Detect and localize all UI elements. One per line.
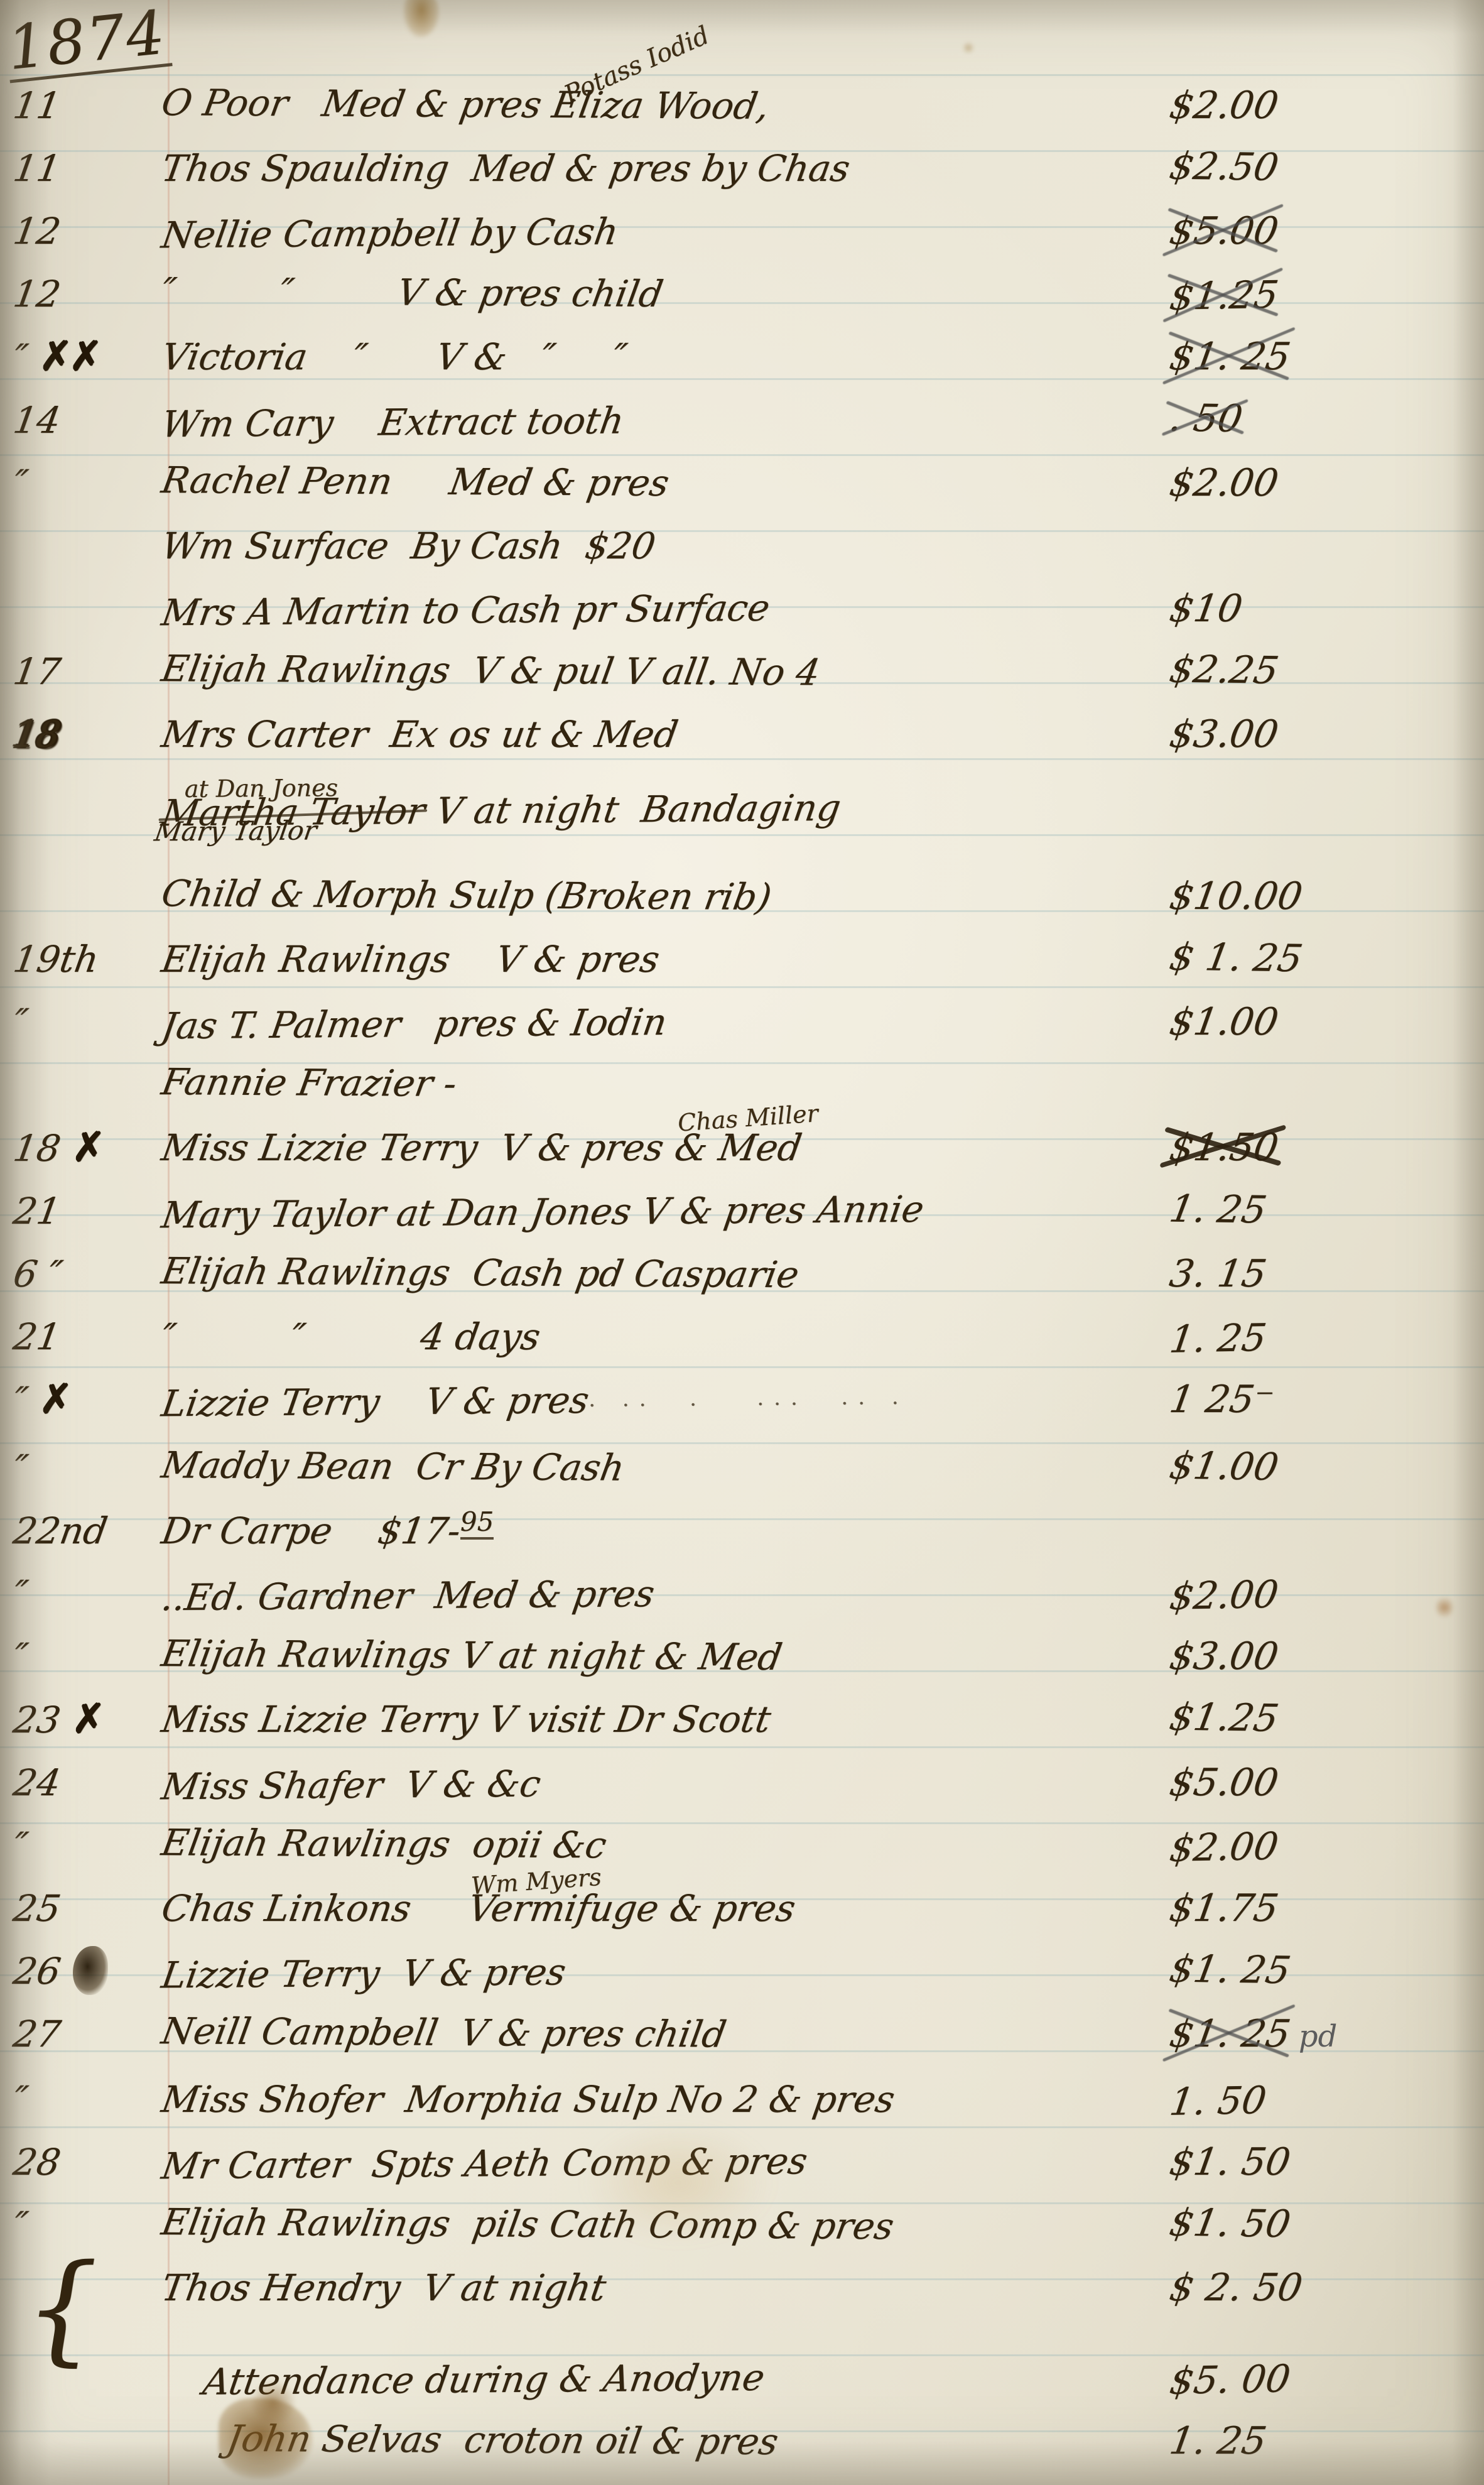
entry-text: Miss Lizzie Terry V & pres: [157, 1116, 680, 1179]
entry-text: Elijah Rawlings V & pul V all. No 4: [157, 637, 825, 704]
entry-date: 14: [0, 389, 162, 452]
entry-date: ″: [0, 1814, 162, 1877]
entry-text: ″ ″ V & pres child: [157, 259, 668, 325]
entry-amount: $1.00: [1169, 1435, 1484, 1502]
ledger-row: 28 Mr Carter Spts Aeth Comp & pres $1. 5…: [0, 2131, 1484, 2194]
entry-date: ″: [0, 1625, 162, 1688]
entry-date: ″ ✗✗: [0, 325, 162, 389]
entry-text: Elijah Rawlings V at night & Med: [157, 1622, 787, 1688]
date-text: 23: [9, 1688, 65, 1751]
entry-amount: 1. 25: [1170, 2410, 1484, 2472]
entry-amount: 1. 25: [1169, 1178, 1484, 1245]
ledger-row: 6 ″ Elijah Rawlings Cash pd Casparie 3. …: [0, 1242, 1484, 1305]
ledger-row: ″ Elijah Rawlings pils Cath Comp & pres …: [0, 2194, 1484, 2256]
entry-text: Elijah Rawlings Cash pd Casparie: [157, 1239, 804, 1306]
entry-amount: $1. 25: [1169, 1938, 1484, 2005]
entry-date: 21: [0, 1180, 162, 1242]
date-text: 21: [9, 1305, 65, 1368]
ink-stain: [403, 0, 440, 38]
ledger-row: 17 Elijah Rawlings V & pul V all. No 4 $…: [0, 640, 1484, 703]
entry-text: Elijah Rawlings V & pres: [157, 928, 664, 991]
entry-amount: [1170, 1499, 1484, 1562]
entry-text: Elijah Rawlings pils Cath Comp & pres: [157, 2190, 899, 2258]
entry-text: Wm Cary Extract tooth: [157, 389, 628, 455]
ledger-row: Attendance during & Anodyne $5. 00: [0, 2347, 1484, 2410]
entry-amount: [1169, 1050, 1484, 1119]
ledger-row: 19th Elijah Rawlings V & pres $ 1. 25: [0, 928, 1484, 991]
ledger-row: 23 ✗ Miss Lizzie Terry V visit Dr Scott …: [0, 1688, 1484, 1751]
entry-text-2: Vermifuge & pres: [463, 1877, 800, 1940]
entry-amount: $2.25: [1169, 638, 1484, 705]
entry-segment: Potass IodidEliza Wood,: [553, 73, 769, 138]
entry-text: V at night Bandaging: [421, 781, 845, 838]
date-text: ″: [9, 1562, 33, 1625]
entry-description: ″ ″ 4 days: [162, 1305, 1170, 1368]
date-text: 17: [9, 640, 65, 703]
entry-description: Miss Lizzie Terry V & pres Chas Miller& …: [162, 1116, 1170, 1179]
entry-amount: $1.00: [1170, 991, 1484, 1053]
amount-text: $ 1. 25: [1164, 926, 1307, 991]
entry-date: 26: [0, 1940, 162, 2003]
amount-text: $3.00: [1165, 703, 1283, 766]
ledger-row: ″ Miss Shofer Morphia Sulp No 2 & pres 1…: [0, 2068, 1484, 2131]
entry-text-2: & Med: [670, 1116, 806, 1179]
entry-description: John Selvas croton oil & pres: [162, 2406, 1171, 2476]
entry-amount: $10: [1170, 577, 1484, 640]
entry-date: 21: [0, 1305, 162, 1368]
entry-date: [0, 577, 162, 640]
cross-mark-icon: ✗: [39, 1376, 69, 1423]
entry-text: Mrs A Martin to Cash pr Surface: [157, 577, 774, 644]
entry-description: Wm Surface By Cash $20: [162, 514, 1170, 577]
entry-date: 12: [0, 200, 162, 263]
entry-text: Victoria ″ V & ″ ″: [157, 325, 632, 388]
entry-description: Elijah Rawlings V & pres: [162, 928, 1170, 991]
date-text: 12: [9, 200, 65, 263]
entry-description: Elijah Rawlings Cash pd Casparie: [162, 1239, 1171, 1308]
entry-description: Thos Spaulding Med & pres by Chas: [162, 137, 1170, 200]
entry-amount: $ 1. 25: [1169, 926, 1484, 993]
entry-description: ..Ed. Gardner Med & pres: [162, 1558, 1171, 1629]
entry-text: Mr Carter Spts Aeth Comp & pres: [157, 2129, 811, 2197]
entry-amount: [1169, 511, 1484, 580]
amount-text: $2.25: [1164, 638, 1283, 702]
date-text: 12: [9, 263, 65, 325]
date-text: ″: [9, 1369, 33, 1432]
entry-date: 17: [0, 640, 162, 703]
date-text: ″: [9, 1814, 33, 1877]
entry-description: Wm Cary Extract tooth: [162, 385, 1171, 456]
entry-description: Nellie Campbell by Cash: [162, 196, 1171, 267]
date-text: 22nd: [9, 1499, 112, 1562]
entry-amount: $5.00: [1170, 200, 1484, 263]
entry-description: Lizzie Terry V & pres: [162, 1936, 1171, 2007]
entry-amount: $3.00: [1170, 703, 1484, 766]
entry-text: ..Ed. Gardner Med & pres: [157, 1562, 659, 1629]
ledger-row: ″ ..Ed. Gardner Med & pres $2.00: [0, 1562, 1484, 1625]
entry-date: 23 ✗: [0, 1688, 162, 1751]
entry-date: 22nd: [0, 1499, 162, 1562]
entry-text: Mary Taylor at Dan Jones V & pres Annie: [157, 1178, 928, 1247]
entry-text: Nellie Campbell by Cash: [157, 200, 622, 267]
ledger-row: at Dan JonesMartha TaylorMary Taylor V a…: [0, 766, 1484, 865]
amount-text: $2.00: [1165, 74, 1283, 137]
date-text: 18: [9, 703, 65, 766]
entry-amount: $3.00: [1170, 1625, 1484, 1688]
cross-mark-icon: ✗✗: [39, 333, 99, 380]
amount-text: 1. 25: [1165, 2410, 1271, 2472]
entry-text: Miss Lizzie Terry V visit Dr Scott: [157, 1688, 776, 1751]
ledger-row: Child & Morph Sulp (Broken rib) $10.00: [0, 865, 1484, 928]
date-text: ″: [9, 991, 33, 1053]
entry-amount: $1. 50: [1170, 2131, 1484, 2194]
entry-dots: · ·· · ··· ·· ·: [588, 1391, 909, 1418]
date-text: 6 ″: [9, 1242, 67, 1305]
entry-amount: $2.00: [1170, 452, 1484, 514]
date-text: 11: [9, 74, 65, 137]
amount-text: $3.00: [1165, 1625, 1283, 1688]
entry-date: 19th: [0, 928, 162, 991]
entry-text: O Poor Med & pres: [157, 71, 558, 136]
ledger-row: 18 Mrs Carter Ex os ut & Med $3.00: [0, 703, 1484, 766]
date-text: 18: [9, 1117, 65, 1180]
entry-description: Rachel Penn Med & pres: [162, 449, 1171, 518]
entry-amount: $1.25: [1169, 1686, 1484, 1753]
ledger-row: 25 Chas Linkons Wm MyersVermifuge & pres…: [0, 1877, 1484, 1940]
entry-text: Lizzie Terry V & pres: [157, 1369, 593, 1435]
amount-text: $1.25: [1166, 263, 1282, 329]
ledger-row: 18 ✗ Miss Lizzie Terry V & pres Chas Mil…: [0, 1116, 1484, 1180]
amount-text: . 50: [1164, 387, 1247, 450]
entry-description: Mrs A Martin to Cash pr Surface: [162, 574, 1171, 644]
amount-text: $1.75: [1165, 1877, 1283, 1940]
entry-description: Mrs Carter Ex os ut & Med: [162, 703, 1170, 766]
entry-description: at Dan JonesMartha TaylorMary Taylor V a…: [162, 762, 1171, 840]
entry-description: ″ ″ V & pres child: [162, 259, 1171, 329]
entry-segment: Wm MyersVermifuge & pres: [468, 1877, 795, 1940]
entry-amount: $ 2. 50: [1170, 2256, 1484, 2319]
amount-text: $5. 00: [1166, 2347, 1294, 2413]
ledger-row: ″ Elijah Rawlings V at night & Med $3.00: [0, 1625, 1484, 1688]
entry-date: 27: [0, 2003, 162, 2065]
entry-date: ″: [0, 1437, 162, 1499]
date-text: ″: [9, 1625, 33, 1688]
entry-description: Lizzie Terry V & pres· ·· · ··· ·· ·: [162, 1364, 1171, 1441]
entry-text: John Selvas croton oil & pres: [222, 2407, 783, 2473]
ledger-row: 21 ″ ″ 4 days 1. 25: [0, 1305, 1484, 1368]
cross-mark-icon: ✗: [72, 1695, 102, 1743]
entry-text: Attendance during & Anodyne: [198, 2346, 769, 2413]
ledger-row: 12 Nellie Campbell by Cash $5.00: [0, 200, 1484, 263]
entry-amount: $1.75: [1170, 1877, 1484, 1940]
ledger-row: 14 Wm Cary Extract tooth . 50: [0, 389, 1484, 452]
entry-description: O Poor Med & pres Potass IodidEliza Wood…: [162, 71, 1171, 140]
entry-date: 6 ″: [0, 1242, 162, 1305]
amount-text: 1. 25: [1164, 1178, 1271, 1242]
amount-text: $1. 25: [1165, 325, 1295, 388]
entry-amount: $2.00: [1169, 1811, 1484, 1880]
entry-amount: $5.00: [1170, 1751, 1484, 1814]
date-text: 28: [9, 2131, 65, 2194]
ledger-row: John Selvas croton oil & pres 1. 25: [0, 2410, 1484, 2472]
entry-date: 12: [0, 263, 162, 325]
entry-description: Elijah Rawlings V & pul V all. No 4: [162, 637, 1171, 706]
entry-description: Jas T. Palmer pres & Iodin: [162, 987, 1171, 1058]
date-text: 14: [9, 389, 65, 452]
date-text: 21: [9, 1180, 65, 1242]
entry-date: [0, 1053, 162, 1116]
entry-text: Thos Hendry V at night: [157, 2256, 610, 2319]
entry-description: Chas Linkons Wm MyersVermifuge & pres: [162, 1877, 1170, 1940]
entry-amount: 3. 15: [1170, 1242, 1484, 1305]
ledger-row: Mrs A Martin to Cash pr Surface $10: [0, 577, 1484, 640]
entry-amount: $2.00: [1169, 1559, 1484, 1628]
amount-text: 1 25⁻: [1165, 1368, 1279, 1431]
entry-date: [0, 2410, 162, 2472]
entry-description: Child & Morph Sulp (Broken rib): [162, 862, 1171, 931]
ledger-row: ″ ✗✗ Victoria ″ V & ″ ″ $1. 25: [0, 325, 1484, 389]
entry-amount: $1. 50: [1169, 2192, 1484, 2259]
entry-amount: . 50: [1169, 387, 1484, 454]
ledger-row: 26 Lizzie Terry V & pres $1. 25: [0, 1940, 1484, 2003]
date-text: ″: [9, 452, 33, 514]
date-text: 27: [9, 2003, 65, 2065]
ledger-row: { Thos Hendry V at night $ 2. 50: [0, 2256, 1484, 2347]
entry-text: Wm Surface By Cash $20: [157, 514, 660, 577]
ledger-row: ″ Elijah Rawlings opii &c $2.00: [0, 1814, 1484, 1877]
ledger-row: 11 O Poor Med & pres Potass IodidEliza W…: [0, 74, 1484, 137]
ledger-row: ″ Jas T. Palmer pres & Iodin $1.00: [0, 991, 1484, 1053]
ledger-row: 11 Thos Spaulding Med & pres by Chas $2.…: [0, 137, 1484, 200]
ledger-row: ″ Rachel Penn Med & pres $2.00: [0, 452, 1484, 514]
cross-mark-icon: [73, 1946, 108, 1995]
entry-description: Elijah Rawlings opii &c: [162, 1811, 1171, 1880]
amount-text: $5.00: [1165, 1751, 1283, 1814]
ledger-row: 12 ″ ″ V & pres child $1.25: [0, 263, 1484, 325]
amount-text: $1. 25: [1164, 1938, 1295, 2002]
ledger-row: 22nd Dr Carpe $17-95: [0, 1499, 1484, 1562]
entry-date: [0, 2347, 162, 2410]
amount-text: $2.00: [1166, 1815, 1282, 1880]
entry-description: Mr Carter Spts Aeth Comp & pres: [162, 2127, 1171, 2198]
amount-text: $2.00: [1166, 1563, 1282, 1628]
entry-text: Dr Carpe $17-: [157, 1499, 465, 1562]
date-text: 24: [9, 1751, 65, 1814]
amount-text: 1. 50: [1166, 2069, 1270, 2134]
amount-text: 3. 15: [1165, 1242, 1271, 1305]
entry-text: Fannie Frazier -: [157, 1050, 462, 1115]
amount-text: $1.00: [1165, 991, 1283, 1053]
entry-date: [0, 514, 162, 577]
entry-date: ″: [0, 1562, 162, 1625]
entry-description: Attendance during & Anodyne: [162, 2343, 1171, 2414]
entry-amount: $2.50: [1169, 135, 1484, 202]
entry-text: Rachel Penn Med & pres: [157, 449, 674, 514]
entry-text: Chas Linkons: [157, 1877, 474, 1940]
date-text: ″: [9, 2068, 33, 2131]
amount-text: $2.00: [1165, 452, 1283, 514]
entry-text: Miss Shofer Morphia Sulp No 2 & pres: [157, 2068, 899, 2131]
entry-text: Lizzie Terry V & pres: [157, 1940, 570, 2006]
entry-superscript: 95: [460, 1506, 494, 1540]
entry-date: ″ ✗: [0, 1368, 162, 1432]
entry-amount: $10.00: [1170, 865, 1484, 928]
entry-description: Elijah Rawlings V at night & Med: [162, 1622, 1171, 1691]
entry-date: ″: [0, 991, 162, 1053]
entry-date: ″: [0, 2068, 162, 2131]
entry-amount: $2.00: [1170, 74, 1484, 137]
entry-text: ″ ″ 4 days: [157, 1305, 544, 1368]
ledger-row: 21 Mary Taylor at Dan Jones V & pres Ann…: [0, 1180, 1484, 1242]
entry-amount: 1. 25: [1169, 1302, 1484, 1371]
entry-date: [0, 766, 162, 829]
entry-date: 18 ✗: [0, 1116, 162, 1180]
replacement-name: Mary Taylor: [153, 817, 318, 845]
amount-text: $1. 50: [1165, 2131, 1295, 2194]
cross-mark-icon: ✗: [72, 1124, 102, 1171]
entry-amount: $1. 25: [1170, 325, 1484, 388]
amount-text: $10: [1165, 577, 1247, 640]
entry-description: Miss Shafer V & &c: [162, 1748, 1171, 1819]
entry-date: [0, 865, 162, 928]
entry-description: Miss Shofer Morphia Sulp No 2 & pres: [162, 2068, 1170, 2131]
ledger-row: 24 Miss Shafer V & &c $5.00: [0, 1751, 1484, 1814]
entry-date: 28: [0, 2131, 162, 2194]
entry-date: 11: [0, 137, 162, 200]
amount-text: $5.00: [1165, 200, 1283, 263]
entry-description: Thos Hendry V at night: [162, 2256, 1170, 2319]
entry-date: 18: [0, 703, 162, 766]
ledger-row: 27 Neill Campbell V & pres child $1. 25p…: [0, 2003, 1484, 2068]
date-text: 11: [9, 137, 65, 200]
amount-text: $1.25: [1164, 1686, 1283, 1750]
amount-text: $1. 25: [1165, 2003, 1295, 2065]
entry-amount: [1169, 763, 1484, 832]
date-text: ″: [9, 326, 33, 389]
ledger-page: 1874 11 O Poor Med & pres Potass IodidEl…: [0, 0, 1484, 2485]
entry-date: 24: [0, 1751, 162, 1814]
date-text: {: [20, 2278, 106, 2340]
amount-text: $ 2. 50: [1165, 2256, 1307, 2319]
ledger-row: ″ Maddy Bean Cr By Cash $1.00: [0, 1437, 1484, 1499]
entry-description: Maddy Bean Cr By Cash: [162, 1433, 1171, 1503]
year-heading: 1874: [3, 2, 173, 84]
paper-spot: [962, 41, 975, 54]
entry-description: Fannie Frazier -: [162, 1050, 1171, 1119]
date-text: 25: [9, 1877, 65, 1940]
ledger-row: ″ ✗ Lizzie Terry V & pres· ·· · ··· ·· ·…: [0, 1368, 1484, 1437]
entry-text: Maddy Bean Cr By Cash: [157, 1433, 629, 1499]
amount-text: $1. 50: [1164, 2192, 1295, 2256]
date-text: ″: [9, 1437, 33, 1499]
amount-text: $1.00: [1164, 1435, 1283, 1499]
entry-amount: $1.50: [1170, 1116, 1484, 1179]
amount-text: $1.50: [1165, 1116, 1283, 1179]
entry-date: 25: [0, 1877, 162, 1940]
entry-text: Neill Campbell V & pres child: [157, 1999, 731, 2065]
entry-description: Neill Campbell V & pres child: [162, 1999, 1171, 2069]
entry-text-2: Eliza Wood,: [548, 73, 774, 138]
name-correction: at Dan JonesMartha TaylorMary Taylor: [162, 784, 425, 840]
entry-description: Victoria ″ V & ″ ″: [162, 325, 1170, 388]
entry-date: {: [0, 2256, 162, 2347]
amount-text: $2.50: [1164, 135, 1283, 199]
ledger-row: Wm Surface By Cash $20: [0, 514, 1484, 577]
date-text: 26: [9, 1940, 65, 2003]
entry-description: Elijah Rawlings pils Cath Comp & pres: [162, 2190, 1171, 2259]
paid-note: pd: [1290, 2019, 1337, 2054]
entry-date: 11: [0, 74, 162, 137]
date-text: 19th: [9, 928, 103, 991]
ledger-rows: 11 O Poor Med & pres Potass IodidEliza W…: [0, 74, 1484, 2472]
entry-text: Mrs Carter Ex os ut & Med: [157, 703, 683, 766]
entry-text: Child & Morph Sulp (Broken rib): [157, 862, 776, 928]
entry-text: Jas T. Palmer pres & Iodin: [157, 991, 671, 1057]
entry-text: Miss Shafer V & &c: [157, 1753, 545, 1819]
entry-segment: Chas Miller& Med: [675, 1116, 801, 1179]
entry-description: Dr Carpe $17-95: [162, 1499, 1170, 1562]
entry-date: ″: [0, 452, 162, 514]
entry-amount: 1 25⁻: [1170, 1368, 1484, 1431]
entry-description: Miss Lizzie Terry V visit Dr Scott: [162, 1688, 1170, 1751]
amount-text: 1. 25: [1166, 1307, 1270, 1371]
entry-description: Mary Taylor at Dan Jones V & pres Annie: [162, 1176, 1171, 1247]
entry-amount: $5. 00: [1169, 2344, 1484, 2413]
entry-amount: 1. 50: [1169, 2065, 1484, 2134]
entry-amount: $1. 25pd: [1170, 2003, 1484, 2068]
entry-text: Thos Spaulding Med & pres by Chas: [157, 137, 855, 200]
amount-text: $10.00: [1165, 865, 1307, 928]
entry-amount: $1.25: [1169, 259, 1484, 329]
date-text: ″: [9, 2194, 33, 2256]
